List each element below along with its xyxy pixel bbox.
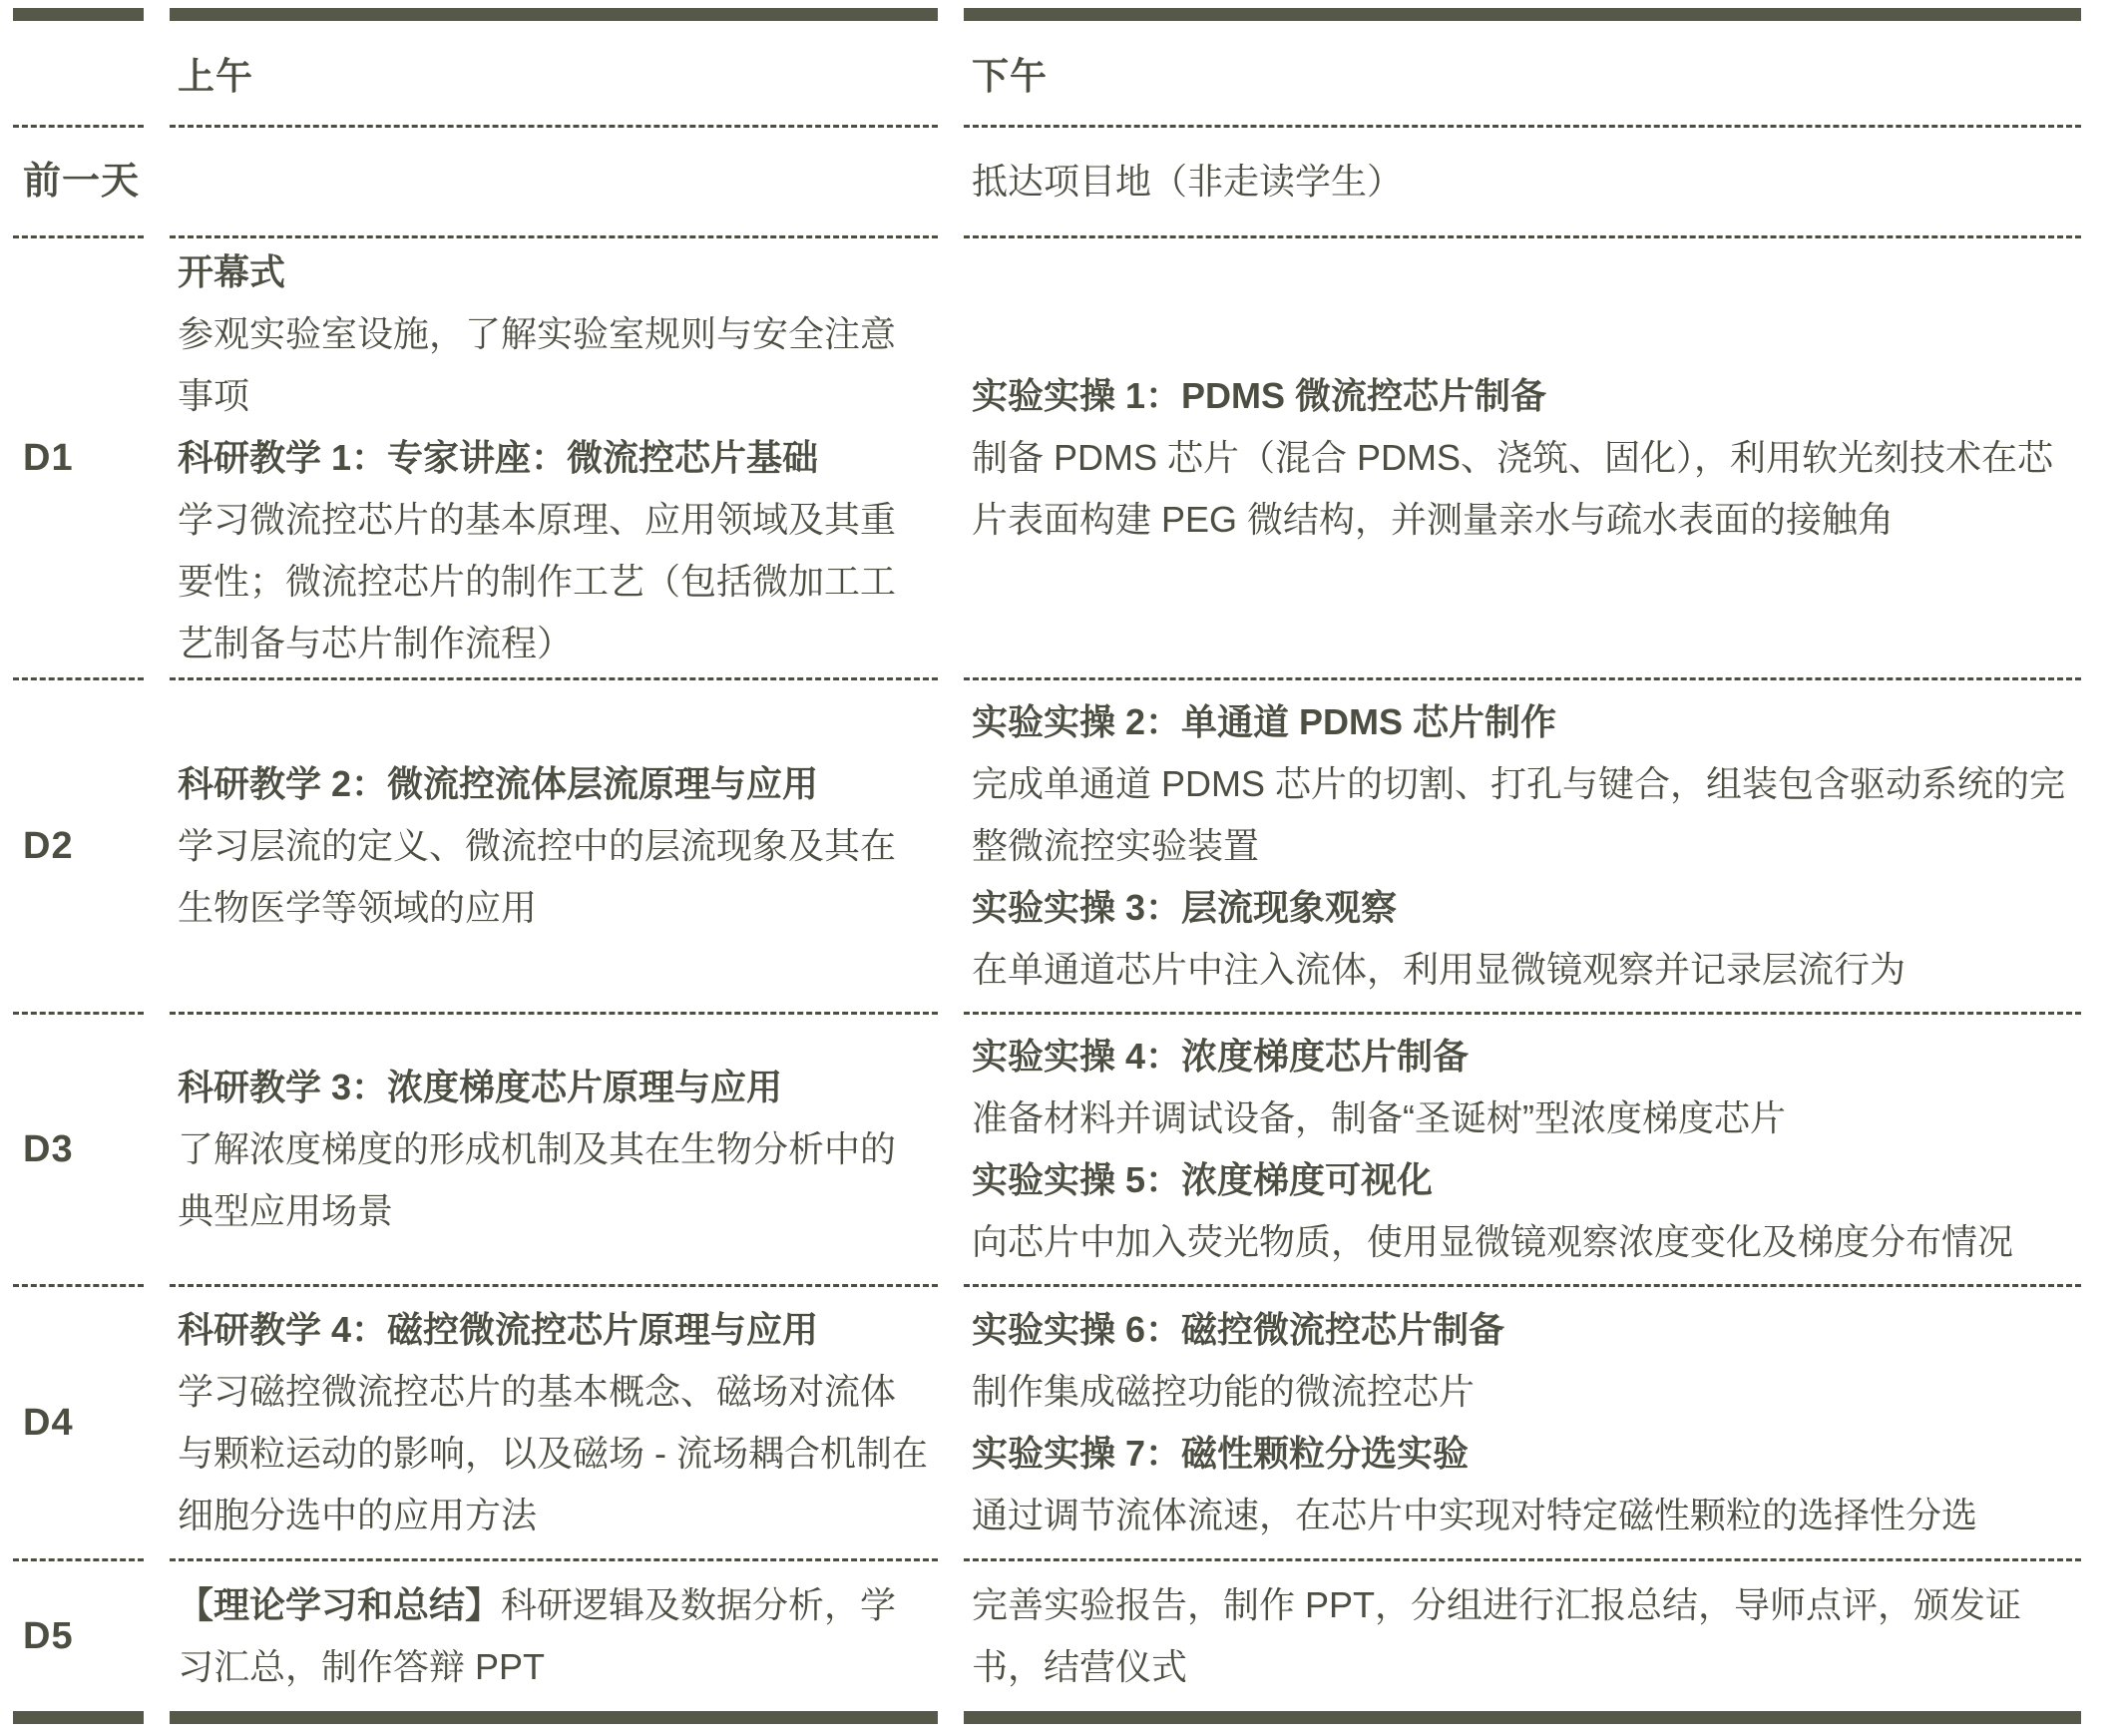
afternoon-cell: 抵达项目地（非走读学生） xyxy=(964,125,2081,235)
cell-paragraph: 实验实操 5：浓度梯度可视化 xyxy=(972,1149,2073,1211)
text-segment: 完成单通道 PDMS 芯片的切割、打孔与键合，组装包含驱动系统的完整微流控实验装… xyxy=(972,763,2065,866)
afternoon-cell: 实验实操 6：磁控微流控芯片制备制作集成磁控功能的微流控芯片实验实操 7：磁性颗… xyxy=(964,1284,2081,1558)
cell-paragraph: 完善实验报告，制作 PPT，分组进行汇报总结，导师点评，颁发证书，结营仪式 xyxy=(972,1574,2073,1698)
header-day xyxy=(13,8,144,125)
text-segment: 学习微流控芯片的基本原理、应用领域及其重要性；微流控芯片的制作工艺（包括微加工工… xyxy=(178,499,896,663)
text-segment: 科研教学 1：专家讲座：微流控芯片基础 xyxy=(178,437,818,478)
afternoon-cell: 实验实操 4：浓度梯度芯片制备准备材料并调试设备，制备“圣诞树”型浓度梯度芯片实… xyxy=(964,1012,2081,1284)
text-segment: 开幕式 xyxy=(178,251,285,292)
text-segment: 在单通道芯片中注入流体，利用显微镜观察并记录层流行为 xyxy=(972,949,1906,990)
cell-paragraph: 向芯片中加入荧光物质，使用显微镜观察浓度变化及梯度分布情况 xyxy=(972,1211,2073,1273)
cell-paragraph: 开幕式 xyxy=(178,241,930,303)
text-segment: 学习层流的定义、微流控中的层流现象及其在生物医学等领域的应用 xyxy=(178,825,896,928)
text-segment: 制备 PDMS 芯片（混合 PDMS、浇筑、固化），利用软光刻技术在芯片表面构建… xyxy=(972,437,2053,540)
text-segment: 实验实操 1：PDMS 微流控芯片制备 xyxy=(972,375,1546,416)
morning-cell: 科研教学 3：浓度梯度芯片原理与应用了解浓度梯度的形成机制及其在生物分析中的典型… xyxy=(170,1012,938,1284)
page: 上午 下午 前一天抵达项目地（非走读学生）D1开幕式参观实验室设施，了解实验室规… xyxy=(0,0,2120,1724)
text-segment: 实验实操 7：磁性颗粒分选实验 xyxy=(972,1433,1469,1474)
cell-paragraph: 实验实操 4：浓度梯度芯片制备 xyxy=(972,1026,2073,1087)
text-segment: 科研教学 3：浓度梯度芯片原理与应用 xyxy=(178,1067,782,1107)
cell-paragraph: 准备材料并调试设备，制备“圣诞树”型浓度梯度芯片 xyxy=(972,1087,2073,1149)
afternoon-cell: 完善实验报告，制作 PPT，分组进行汇报总结，导师点评，颁发证书，结营仪式 xyxy=(964,1558,2081,1724)
cell-paragraph: 学习微流控芯片的基本原理、应用领域及其重要性；微流控芯片的制作工艺（包括微加工工… xyxy=(178,489,930,674)
schedule-row: D3科研教学 3：浓度梯度芯片原理与应用了解浓度梯度的形成机制及其在生物分析中的… xyxy=(13,1012,2081,1284)
text-segment: 完善实验报告，制作 PPT，分组进行汇报总结，导师点评，颁发证书，结营仪式 xyxy=(972,1584,2021,1687)
day-label: 前一天 xyxy=(13,125,144,235)
cell-paragraph: 完成单通道 PDMS 芯片的切割、打孔与键合，组装包含驱动系统的完整微流控实验装… xyxy=(972,753,2073,877)
cell-paragraph: 制作集成磁控功能的微流控芯片 xyxy=(972,1361,2073,1423)
cell-paragraph: 抵达项目地（非走读学生） xyxy=(972,151,2073,213)
cell-paragraph: 实验实操 2：单通道 PDMS 芯片制作 xyxy=(972,691,2073,753)
text-segment: 【理论学习和总结】 xyxy=(178,1584,501,1625)
cell-paragraph: 学习磁控微流控芯片的基本概念、磁场对流体与颗粒运动的影响，以及磁场 - 流场耦合… xyxy=(178,1361,930,1546)
text-segment: 科研教学 2：微流控流体层流原理与应用 xyxy=(178,763,818,804)
morning-cell: 科研教学 4：磁控微流控芯片原理与应用学习磁控微流控芯片的基本概念、磁场对流体与… xyxy=(170,1284,938,1558)
cell-paragraph: 科研教学 2：微流控流体层流原理与应用 xyxy=(178,753,930,815)
cell-paragraph: 实验实操 7：磁性颗粒分选实验 xyxy=(972,1423,2073,1485)
text-segment: 实验实操 4：浓度梯度芯片制备 xyxy=(972,1036,1469,1077)
header-morning: 上午 xyxy=(170,8,938,125)
afternoon-cell: 实验实操 1：PDMS 微流控芯片制备制备 PDMS 芯片（混合 PDMS、浇筑… xyxy=(964,235,2081,677)
header-afternoon: 下午 xyxy=(964,8,2081,125)
text-segment: 科研教学 4：磁控微流控芯片原理与应用 xyxy=(178,1309,818,1350)
schedule-row: D1开幕式参观实验室设施，了解实验室规则与安全注意事项科研教学 1：专家讲座：微… xyxy=(13,235,2081,677)
day-label: D3 xyxy=(13,1012,144,1284)
cell-paragraph: 实验实操 6：磁控微流控芯片制备 xyxy=(972,1299,2073,1361)
cell-paragraph: 参观实验室设施，了解实验室规则与安全注意事项 xyxy=(178,303,930,427)
schedule-row: 前一天抵达项目地（非走读学生） xyxy=(13,125,2081,235)
text-segment: 实验实操 6：磁控微流控芯片制备 xyxy=(972,1309,1504,1350)
schedule-header: 上午 下午 xyxy=(13,8,2081,125)
text-segment: 准备材料并调试设备，制备“圣诞树”型浓度梯度芯片 xyxy=(972,1097,1786,1138)
cell-paragraph: 实验实操 1：PDMS 微流控芯片制备 xyxy=(972,365,2073,427)
afternoon-cell: 实验实操 2：单通道 PDMS 芯片制作完成单通道 PDMS 芯片的切割、打孔与… xyxy=(964,677,2081,1012)
morning-cell xyxy=(170,125,938,235)
cell-paragraph: 科研教学 1：专家讲座：微流控芯片基础 xyxy=(178,427,930,489)
cell-paragraph: 科研教学 3：浓度梯度芯片原理与应用 xyxy=(178,1057,930,1118)
text-segment: 实验实操 5：浓度梯度可视化 xyxy=(972,1159,1433,1200)
text-segment: 实验实操 3：层流现象观察 xyxy=(972,887,1397,928)
cell-paragraph: 了解浓度梯度的形成机制及其在生物分析中的典型应用场景 xyxy=(178,1118,930,1242)
day-label: D5 xyxy=(13,1558,144,1724)
text-segment: 实验实操 2：单通道 PDMS 芯片制作 xyxy=(972,701,1556,742)
text-segment: 制作集成磁控功能的微流控芯片 xyxy=(972,1371,1475,1412)
cell-paragraph: 【理论学习和总结】科研逻辑及数据分析，学习汇总，制作答辩 PPT xyxy=(178,1574,930,1698)
cell-paragraph: 实验实操 3：层流现象观察 xyxy=(972,877,2073,939)
cell-paragraph: 学习层流的定义、微流控中的层流现象及其在生物医学等领域的应用 xyxy=(178,815,930,939)
cell-paragraph: 在单通道芯片中注入流体，利用显微镜观察并记录层流行为 xyxy=(972,939,2073,1001)
text-segment: 学习磁控微流控芯片的基本概念、磁场对流体与颗粒运动的影响，以及磁场 - 流场耦合… xyxy=(178,1371,928,1535)
header-row: 上午 下午 xyxy=(13,8,2081,125)
text-segment: 了解浓度梯度的形成机制及其在生物分析中的典型应用场景 xyxy=(178,1128,896,1231)
schedule-body: 前一天抵达项目地（非走读学生）D1开幕式参观实验室设施，了解实验室规则与安全注意… xyxy=(13,125,2081,1724)
morning-cell: 开幕式参观实验室设施，了解实验室规则与安全注意事项科研教学 1：专家讲座：微流控… xyxy=(170,235,938,677)
text-segment: 参观实验室设施，了解实验室规则与安全注意事项 xyxy=(178,313,896,416)
text-segment: 通过调节流体流速，在芯片中实现对特定磁性颗粒的选择性分选 xyxy=(972,1495,1977,1535)
cell-paragraph: 制备 PDMS 芯片（混合 PDMS、浇筑、固化），利用软光刻技术在芯片表面构建… xyxy=(972,427,2073,551)
day-label: D2 xyxy=(13,677,144,1012)
day-label: D4 xyxy=(13,1284,144,1558)
morning-cell: 科研教学 2：微流控流体层流原理与应用学习层流的定义、微流控中的层流现象及其在生… xyxy=(170,677,938,1012)
schedule-row: D5【理论学习和总结】科研逻辑及数据分析，学习汇总，制作答辩 PPT完善实验报告… xyxy=(13,1558,2081,1724)
schedule-row: D2科研教学 2：微流控流体层流原理与应用学习层流的定义、微流控中的层流现象及其… xyxy=(13,677,2081,1012)
cell-paragraph: 通过调节流体流速，在芯片中实现对特定磁性颗粒的选择性分选 xyxy=(972,1485,2073,1546)
cell-paragraph: 科研教学 4：磁控微流控芯片原理与应用 xyxy=(178,1299,930,1361)
morning-cell: 【理论学习和总结】科研逻辑及数据分析，学习汇总，制作答辩 PPT xyxy=(170,1558,938,1724)
schedule-row: D4科研教学 4：磁控微流控芯片原理与应用学习磁控微流控芯片的基本概念、磁场对流… xyxy=(13,1284,2081,1558)
day-label: D1 xyxy=(13,235,144,677)
text-segment: 向芯片中加入荧光物质，使用显微镜观察浓度变化及梯度分布情况 xyxy=(972,1221,2013,1262)
program-schedule-table: 上午 下午 前一天抵达项目地（非走读学生）D1开幕式参观实验室设施，了解实验室规… xyxy=(0,8,2107,1724)
text-segment: 抵达项目地（非走读学生） xyxy=(972,161,1403,202)
